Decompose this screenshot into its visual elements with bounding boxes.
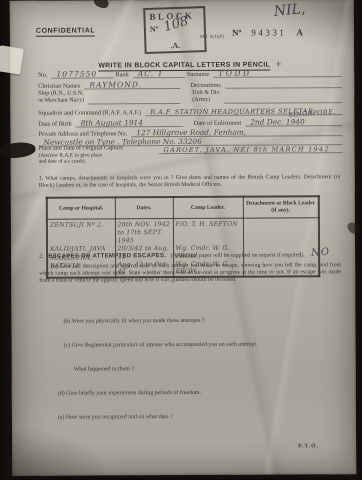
section2-heading: ESCAPES OR ATTEMPTED ESCAPES. [48, 253, 166, 260]
question-d: (d) Give briefly your experiences during… [58, 390, 201, 397]
service-no-value: 1077550 [56, 69, 97, 78]
confidential-marking: CONFIDENTIAL [36, 27, 95, 36]
stamp-suffix: .A. [170, 41, 180, 50]
ship-label-line1: Ship (R.N., U.S.N. [38, 91, 83, 97]
surname-label: Surname [187, 71, 211, 78]
ship-line [88, 94, 180, 104]
question-c2: What happened to them ? [74, 366, 134, 372]
question-b: (b) Were you physically fit when you mad… [63, 318, 204, 325]
nil-annotation: NIL, [273, 1, 306, 20]
serial-suffix: A [296, 27, 303, 37]
row-number-rank-surname: No. 1077550 Rank AC. 1 Surname TODD [38, 67, 344, 79]
squadron-label: Squadron and Command (R.A.F. A.A.F.) [38, 109, 143, 117]
unit-line [225, 93, 343, 104]
row-ship-unit: Ship (R.N., U.S.N.or Merchant Navy) Unit… [38, 89, 344, 104]
header-block-leader: Detachment or Block Leader (if any). [243, 196, 319, 218]
ink-smudge-top [92, 0, 110, 10]
block-leader-entry [245, 220, 316, 244]
date-of-birth-line: 8th August 1914 [76, 117, 184, 128]
row-capture: Place and Date of Original Capture (Airc… [39, 144, 345, 165]
row-names-decorations: Christian Names RAYMOND. Decorations [38, 78, 344, 90]
photo-background: CONFIDENTIAL BLOCK Nº 108 .A. M.I. 9(JAP… [0, 0, 362, 480]
question-e: (e) How were you recaptured and on what … [58, 414, 173, 421]
capture-line: GAROET, JAVA, NEI 8th MARCH 1942 [159, 144, 343, 154]
decorations-line [225, 78, 342, 89]
capture-label: Place and Date of Original Capture (Airc… [39, 145, 157, 165]
christian-names-value: RAYMOND. [89, 80, 142, 89]
ship-label-line2: or Merchant Navy) [38, 97, 84, 103]
serial-number-group: Nº94331A [232, 27, 303, 37]
ship-label: Ship (R.N., U.S.N.or Merchant Navy) [38, 91, 86, 105]
serial-number: 94331 [251, 27, 286, 37]
escapes-answer-handwritten: NO [311, 247, 331, 259]
header-leader: Camp Leader. [173, 197, 243, 219]
header-dates: Dates. [115, 197, 173, 219]
unit-label-line1: Unit & Div. [192, 90, 220, 96]
rank-label: Rank [115, 71, 130, 78]
surname-line: TODD [213, 67, 342, 78]
section2-note: (Additional paper will be supplied on re… [171, 252, 305, 259]
stamp-no-label: Nº [150, 25, 159, 34]
date-of-birth-value: 8th August 1914 [81, 118, 143, 127]
unit-label-line2: (Army) [192, 97, 210, 103]
date-of-enlistment-line: 2nd Dec. 1940 [245, 116, 342, 127]
question-a: (a) Give full description and approx. da… [39, 262, 341, 285]
paper-tear [0, 141, 36, 161]
dates-entry: 28th NOV. 1942 to 17th SEPT. 1945 [117, 221, 170, 245]
unit-label: Unit & Div.(Army) [182, 90, 223, 104]
section1-question: 1. What camps, detachments or hospitals … [39, 174, 341, 190]
capture-value: GAROET, JAVA, NEI 8th MARCH 1942 [164, 145, 330, 154]
block-number-stamp: BLOCK Nº 108 .A. [143, 6, 206, 54]
header-camp: Camp or Hospital. [47, 197, 115, 219]
service-no-line: 1077550 [51, 68, 113, 78]
date-of-enlistment-value: 2nd Dec. 1940 [250, 117, 305, 126]
form-page: CONFIDENTIAL BLOCK Nº 108 .A. M.I. 9(JAP… [10, 0, 356, 476]
christian-names-label: Christian Names [38, 83, 82, 90]
ink-smudge-right [345, 220, 361, 236]
camps-table-header-row: Camp or Hospital. Dates. Camp Leader. De… [47, 196, 319, 219]
tape-fragment [0, 45, 24, 74]
capture-label-main: Place and Date of Original Capture [39, 145, 123, 151]
christian-names-line: RAYMOND. [84, 79, 180, 90]
surname-value: TODD [218, 69, 252, 78]
pto-footer: P.T.O. [298, 443, 319, 449]
rank-line: AC. 1 [133, 68, 185, 78]
service-no-label: No. [38, 72, 49, 79]
section2-number: 2. [39, 253, 44, 260]
serial-no-label: Nº [232, 28, 242, 38]
form-reference: M.I. 9(JAP) [200, 34, 224, 39]
capture-sub-label-2: and date of a/c crash). [39, 158, 157, 165]
rank-value: AC. 1 [138, 69, 164, 78]
camp-entry: ZENTSUJI Nº 2. [50, 221, 113, 245]
decorations-label: Decorations [182, 82, 222, 89]
leader-entry: F/O. T. H. SEFTON [175, 221, 240, 245]
question-c: (c) Give Regimental particulars of anyon… [64, 342, 258, 349]
